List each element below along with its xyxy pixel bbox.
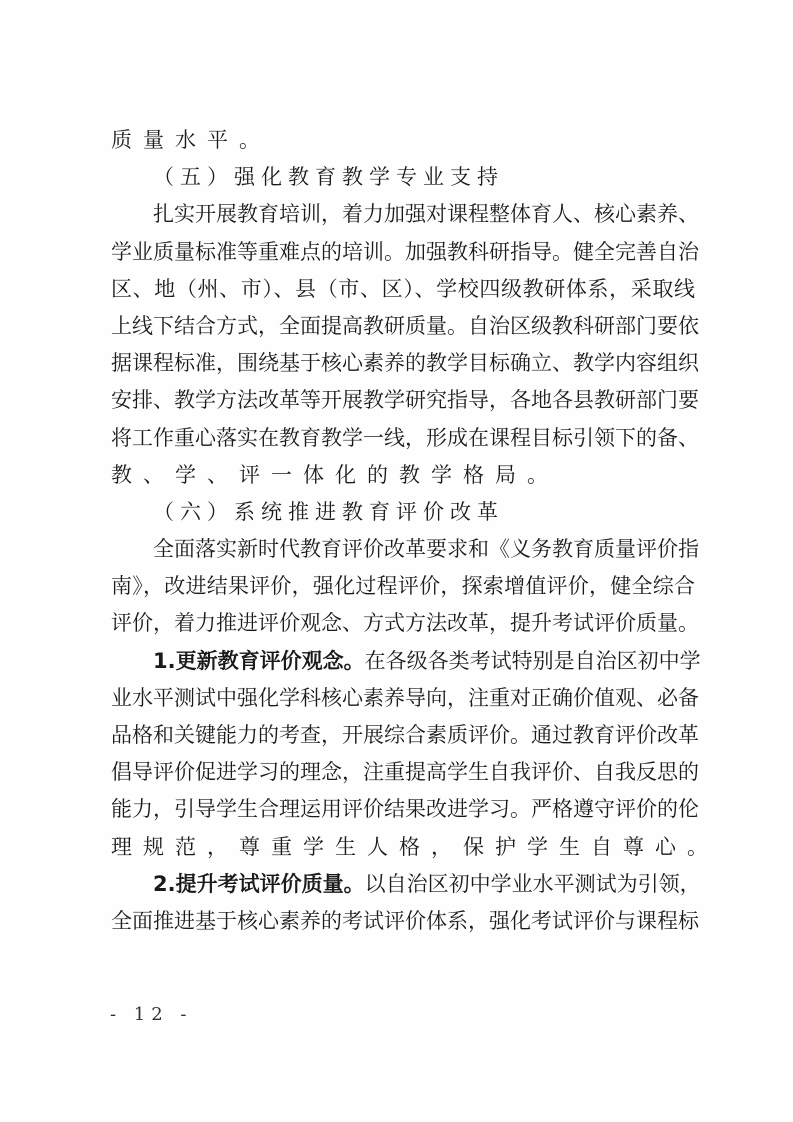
- text-line: 品格和关键能力的考查，开展综合素质评价。通过教育评价改革: [111, 717, 695, 754]
- line-text: 在各级各类考试特别是自治区初中学: [365, 649, 701, 673]
- text-line: 能力，引导学生合理运用评价结果改进学习。严格遵守评价的伦: [111, 791, 695, 828]
- subheading-bold: 1.更新教育评价观念。: [153, 649, 365, 673]
- text-line: 业水平测试中强化学科核心素养导向，注重对正确价值观、必备: [111, 680, 695, 717]
- line-text: 品格和关键能力的考查，开展综合素质评价。通过教育评价改革: [111, 723, 699, 747]
- line-text: 评价，着力推进评价观念、方式方法改革，提升考试评价质量。: [111, 611, 699, 635]
- text-line: 理规范，尊重学生人格，保护学生自尊心。: [111, 829, 695, 866]
- text-line: 全面落实新时代教育评价改革要求和《义务教育质量评价指: [111, 531, 695, 568]
- text-line: 质量水平。: [111, 122, 695, 159]
- line-text: 上线下结合方式，全面提高教研质量。自治区级教科研部门要依: [111, 314, 699, 338]
- text-line: 2.提升考试评价质量。以自治区初中学业水平测试为引领，: [111, 866, 695, 903]
- line-text: 将工作重心落实在教育教学一线，形成在课程目标引领下的备、: [111, 426, 699, 450]
- text-line: 全面推进基于核心素养的考试评价体系，强化考试评价与课程标: [111, 903, 695, 940]
- line-text: 倡导评价促进学习的理念，注重提高学生自我评价、自我反思的: [111, 760, 699, 784]
- line-text: 学业质量标准等重难点的培训。加强教科研指导。健全完善自治: [111, 240, 699, 264]
- heading-text: （六）系统推进教育评价改革: [153, 500, 504, 524]
- line-text: 全面落实新时代教育评价改革要求和《义务教育质量评价指: [153, 537, 699, 561]
- text-line: 学业质量标准等重难点的培训。加强教科研指导。健全完善自治: [111, 234, 695, 271]
- line-text: 扎实开展教育培训，着力加强对课程整体育人、核心素养、: [153, 202, 699, 226]
- line-text: 理规范，尊重学生人格，保护学生自尊心。: [111, 835, 719, 859]
- body-text: 质量水平。 （五）强化教育教学专业支持 扎实开展教育培训，着力加强对课程整体育人…: [111, 122, 695, 940]
- text-line: 教、学、评一体化的教学格局。: [111, 457, 695, 494]
- line-text: 业水平测试中强化学科核心素养导向，注重对正确价值观、必备: [111, 686, 699, 710]
- text-line: 将工作重心落实在教育教学一线，形成在课程目标引领下的备、: [111, 420, 695, 457]
- text-line: 上线下结合方式，全面提高教研质量。自治区级教科研部门要依: [111, 308, 695, 345]
- line-text: 安排、教学方法改革等开展教学研究指导，各地各县教研部门要: [111, 388, 699, 412]
- line-text: 质量水平。: [111, 128, 271, 152]
- section-heading-5: （五）强化教育教学专业支持: [111, 159, 695, 196]
- page-number: - 12 -: [110, 1004, 193, 1025]
- line-text: 以自治区初中学业水平测试为引领，: [365, 872, 701, 896]
- line-text: 教、学、评一体化的教学格局。: [111, 463, 559, 487]
- text-line: 南》，改进结果评价，强化过程评价，探索增值评价，健全综合: [111, 568, 695, 605]
- text-line: 评价，着力推进评价观念、方式方法改革，提升考试评价质量。: [111, 605, 695, 642]
- section-heading-6: （六）系统推进教育评价改革: [111, 494, 695, 531]
- line-text: 南》，改进结果评价，强化过程评价，探索增值评价，健全综合: [111, 574, 695, 598]
- document-page: 质量水平。 （五）强化教育教学专业支持 扎实开展教育培训，着力加强对课程整体育人…: [0, 0, 793, 1122]
- line-text: 全面推进基于核心素养的考试评价体系，强化考试评价与课程标: [111, 909, 699, 933]
- text-line: 区、地（州、市）、县（市、区）、学校四级教研体系，采取线: [111, 271, 695, 308]
- text-line: 1.更新教育评价观念。在各级各类考试特别是自治区初中学: [111, 643, 695, 680]
- line-text: 区、地（州、市）、县（市、区）、学校四级教研体系，采取线: [111, 277, 695, 301]
- text-line: 安排、教学方法改革等开展教学研究指导，各地各县教研部门要: [111, 382, 695, 419]
- line-text: 能力，引导学生合理运用评价结果改进学习。严格遵守评价的伦: [111, 797, 699, 821]
- text-line: 据课程标准，围绕基于核心素养的教学目标确立、教学内容组织: [111, 345, 695, 382]
- text-line: 扎实开展教育培训，着力加强对课程整体育人、核心素养、: [111, 196, 695, 233]
- heading-text: （五）强化教育教学专业支持: [153, 165, 504, 189]
- subheading-bold: 2.提升考试评价质量。: [153, 872, 365, 896]
- line-text: 据课程标准，围绕基于核心素养的教学目标确立、教学内容组织: [111, 351, 699, 375]
- text-line: 倡导评价促进学习的理念，注重提高学生自我评价、自我反思的: [111, 754, 695, 791]
